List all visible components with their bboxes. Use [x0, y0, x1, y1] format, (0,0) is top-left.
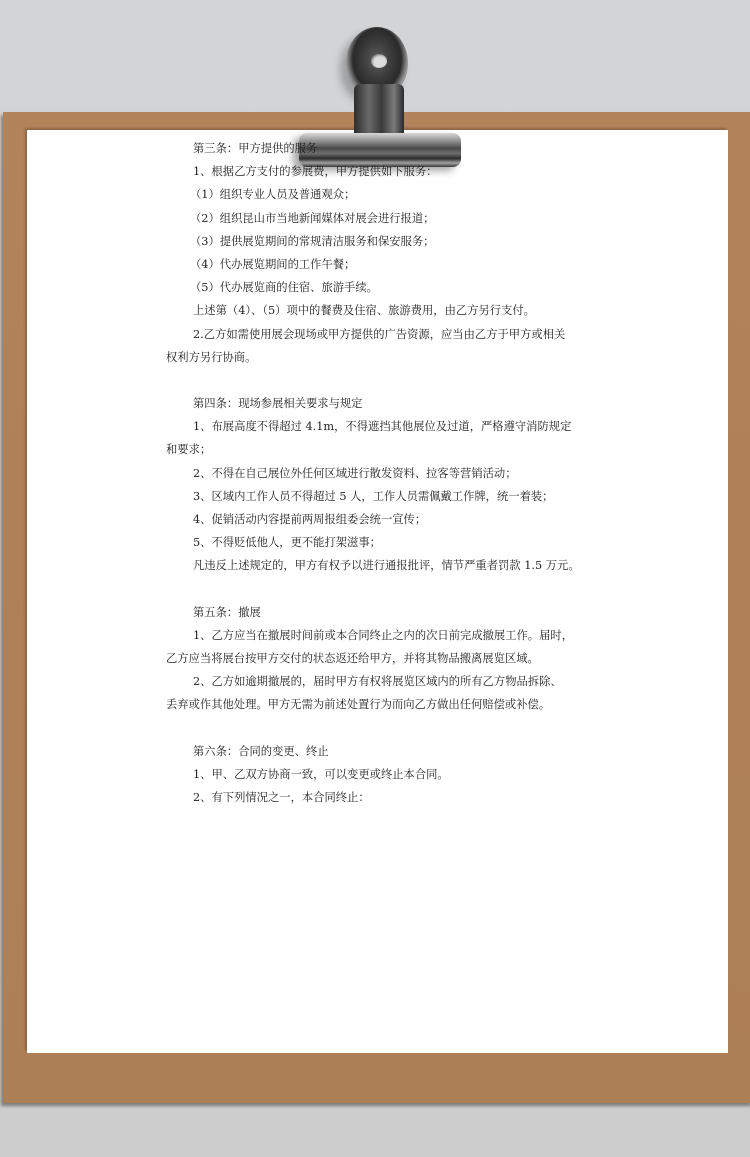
section-title: 第四条：现场参展相关要求与规定 [166, 392, 586, 415]
paragraph-line: 丢弃或作其他处理。甲方无需为前述处置行为而向乙方做出任何赔偿或补偿。 [166, 693, 586, 716]
paragraph-line: （3）提供展览期间的常规清洁服务和保安服务； [166, 230, 586, 253]
paragraph-line: 2.乙方如需使用展会现场或甲方提供的广告资源，应当由乙方于甲方或相关 [166, 323, 586, 346]
section-title: 第三条：甲方提供的服务 [166, 137, 586, 160]
paragraph-line: 5、不得贬低他人，更不能打架滋事； [166, 531, 586, 554]
paragraph-line: 2、不得在自己展位外任何区域进行散发资料、拉客等营销活动； [166, 462, 586, 485]
paragraph-line: （4）代办展览期间的工作午餐； [166, 253, 586, 276]
section-title: 第六条：合同的变更、终止 [166, 740, 586, 763]
paragraph-line: 3、区域内工作人员不得超过 5 人，工作人员需佩戴工作牌，统一着装； [166, 485, 586, 508]
paragraph-line: 2、乙方如逾期撤展的，届时甲方有权将展览区域内的所有乙方物品拆除、 [166, 670, 586, 693]
paragraph-line: （1）组织专业人员及普通观众； [166, 183, 586, 206]
paragraph-line: 凡违反上述规定的，甲方有权予以进行通报批评，情节严重者罚款 1.5 万元。 [166, 554, 586, 577]
section-title: 第五条：撤展 [166, 601, 586, 624]
binder-clip-neck [354, 84, 404, 140]
paragraph-line: 1、布展高度不得超过 4.1m，不得遮挡其他展位及过道，严格遵守消防规定 [166, 415, 586, 438]
section-spacer [166, 578, 586, 601]
document-body: 第三条：甲方提供的服务 1、根据乙方支付的参展费，甲方提供如下服务： （1）组织… [166, 137, 586, 809]
paragraph-line: 乙方应当将展台按甲方交付的状态返还给甲方，并将其物品搬离展览区域。 [166, 647, 586, 670]
paragraph-line: 权利方另行协商。 [166, 346, 586, 369]
paragraph-line: 1、根据乙方支付的参展费，甲方提供如下服务： [166, 160, 586, 183]
paragraph-line: 2、有下列情况之一，本合同终止： [166, 786, 586, 809]
paragraph-line: 1、甲、乙双方协商一致，可以变更或终止本合同。 [166, 763, 586, 786]
section-spacer [166, 369, 586, 392]
paragraph-line: （5）代办展览商的住宿、旅游手续。 [166, 276, 586, 299]
paragraph-line: （2）组织昆山市当地新闻媒体对展会进行报道； [166, 207, 586, 230]
binder-clip-hole [371, 54, 387, 68]
paragraph-line: 4、促销活动内容提前两周报组委会统一宣传； [166, 508, 586, 531]
paragraph-line: 1、乙方应当在撤展时间前或本合同终止之内的次日前完成撤展工作。届时， [166, 624, 586, 647]
paragraph-line: 上述第（4）、（5）项中的餐费及住宿、旅游费用，由乙方另行支付。 [166, 299, 586, 322]
paragraph-line: 和要求； [166, 438, 586, 461]
section-spacer [166, 717, 586, 740]
